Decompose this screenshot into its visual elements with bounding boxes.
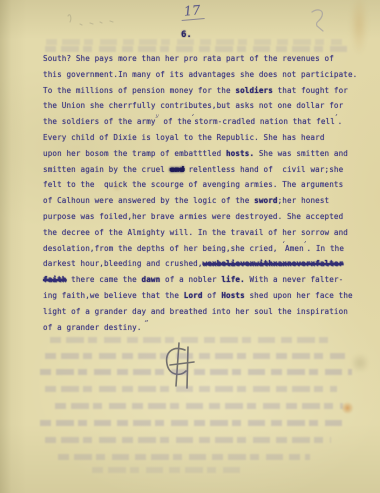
bleedthrough-text-line xyxy=(58,454,310,460)
typed-text-segment: Every child of Dixie is loyal to the Rep… xyxy=(43,133,325,142)
typed-text-segment: relentless hand of civil war;she xyxy=(184,165,344,174)
typed-line: light of a grander day and breathed into… xyxy=(43,304,373,320)
typed-line: purpose was foiled,her brave armies were… xyxy=(43,209,373,225)
typed-text-segment: the decree of the Almighty will. In the … xyxy=(43,228,348,237)
pencil-monogram-icon xyxy=(158,340,202,390)
typed-line: South? She pays more than her pro rata p… xyxy=(43,51,373,67)
typed-text-segment: the soldiers of the army xyxy=(43,117,156,126)
typed-line: the decree of the Almighty will. In the … xyxy=(43,225,373,241)
typed-line: smitten again by the cruel and relentles… xyxy=(43,162,373,178)
typed-text-segment: upon her bosom the tramp of embatttled xyxy=(43,149,226,158)
typed-text-segment: South? She pays more than her pro rata p… xyxy=(43,54,334,63)
bleedthrough-text-line xyxy=(40,369,352,375)
typed-line: of Calhoun were answered by the logic of… xyxy=(43,193,373,209)
typed-text-segment: ing faith,we believe that the xyxy=(43,291,184,300)
typed-text-segment: To the millions of pension money for the xyxy=(43,86,235,95)
bleedthrough-text-line xyxy=(40,420,346,426)
manuscript-page: 17 6. South? She pays more than her pro … xyxy=(0,0,380,493)
typed-line: darkest hour,bleeding and crushed,wexbel… xyxy=(43,256,373,272)
bleedthrough-text-line xyxy=(50,337,328,343)
typed-line: the soldiers of the armyʸ of the‘storm-c… xyxy=(43,114,373,130)
typed-text: South? She pays more than her pro rata p… xyxy=(43,51,373,335)
typed-line: felt to the quick the scourge of avengin… xyxy=(43,177,373,193)
typed-text-segment: soldiers xyxy=(235,86,273,95)
struck-out-text: faith xyxy=(43,275,66,284)
typed-text-segment: storm-cradled nation that fell xyxy=(194,117,335,126)
bleedthrough-text-line xyxy=(45,437,331,443)
struck-out-text: wexbelievexwithxaxneverxfalter xyxy=(203,259,344,268)
faint-pencil-squiggle-icon xyxy=(306,6,334,34)
typed-text-segment: of the xyxy=(159,117,192,126)
bleedthrough-text-line xyxy=(92,467,242,473)
handwritten-insertion-mark: ’ xyxy=(335,113,338,123)
typed-line: of a grander destiny. ” xyxy=(43,320,373,336)
typed-text-segment: smitten again by the cruel xyxy=(43,165,170,174)
typed-text-segment: that fought for xyxy=(273,86,348,95)
typed-text-segment: darkest hour,bleeding and crushed, xyxy=(43,259,203,268)
typed-text-segment: She was smitten and xyxy=(254,149,348,158)
pencil-page-number: 17 xyxy=(180,3,204,21)
typed-line: the Union she cherrfully contributes,but… xyxy=(43,98,373,114)
bleedthrough-text-line xyxy=(55,403,343,409)
typed-text-segment: dawn xyxy=(142,275,161,284)
bleedthrough-text-line xyxy=(46,39,342,45)
typed-text-segment: hosts. xyxy=(226,149,254,158)
typed-line: Every child of Dixie is loyal to the Rep… xyxy=(43,130,373,146)
handwritten-insertion-mark: ‘ xyxy=(191,113,194,123)
typed-text-segment: shed upon her face the xyxy=(245,291,353,300)
typed-text-segment: With a never falter- xyxy=(245,275,344,284)
paper-stain xyxy=(352,352,368,374)
typed-text-segment: of xyxy=(203,291,222,300)
typed-text-segment: Amen xyxy=(285,244,304,253)
typed-line: faith there came the dawn of a nobler li… xyxy=(43,272,373,288)
typed-line: upon her bosom the tramp of embatttled h… xyxy=(43,146,373,162)
typed-text-segment: there came the xyxy=(66,275,141,284)
typed-text-segment: light of a grander day and breathed into… xyxy=(43,307,348,316)
typed-line: this government.In many of its advantage… xyxy=(43,67,373,83)
faint-pencil-scribble-icon xyxy=(64,8,124,34)
typed-text-segment: Lord xyxy=(184,291,203,300)
typed-text-segment: felt to the quick the scourge of avengin… xyxy=(43,180,343,189)
typed-text-segment: of Calhoun were answered by the logic of… xyxy=(43,196,254,205)
typed-text-segment: desolation,from the depths of her being,… xyxy=(43,244,282,253)
typed-line: To the millions of pension money for the… xyxy=(43,83,373,99)
bleedthrough-text-line xyxy=(45,353,345,359)
typed-text-segment: sword xyxy=(254,196,277,205)
typed-line: ing faith,we believe that the Lord of Ho… xyxy=(43,288,373,304)
typed-text-segment: life. xyxy=(221,275,244,284)
typed-text-segment: this government.In many of its advantage… xyxy=(43,70,357,79)
typed-line: desolation,from the depths of her being,… xyxy=(43,241,373,257)
struck-out-text: and xyxy=(170,165,184,174)
handwritten-insertion-mark: ʸ xyxy=(156,113,159,123)
typed-text-segment: purpose was foiled,her brave armies were… xyxy=(43,212,343,221)
handwritten-insertion-mark: ” xyxy=(142,319,149,329)
handwritten-insertion-mark: ‘ xyxy=(282,240,285,250)
typed-text-segment: . xyxy=(338,117,343,126)
typed-text-segment: of a grander destiny. xyxy=(43,323,142,332)
typed-text-segment: the Union she cherrfully contributes,but… xyxy=(43,101,343,110)
typed-text-segment: Hosts xyxy=(221,291,244,300)
typed-text-segment: ;her honest xyxy=(278,196,330,205)
bleedthrough-text-line xyxy=(45,386,337,392)
typed-text-segment: of a nobler xyxy=(160,275,221,284)
typed-text-segment: . In the xyxy=(306,244,344,253)
